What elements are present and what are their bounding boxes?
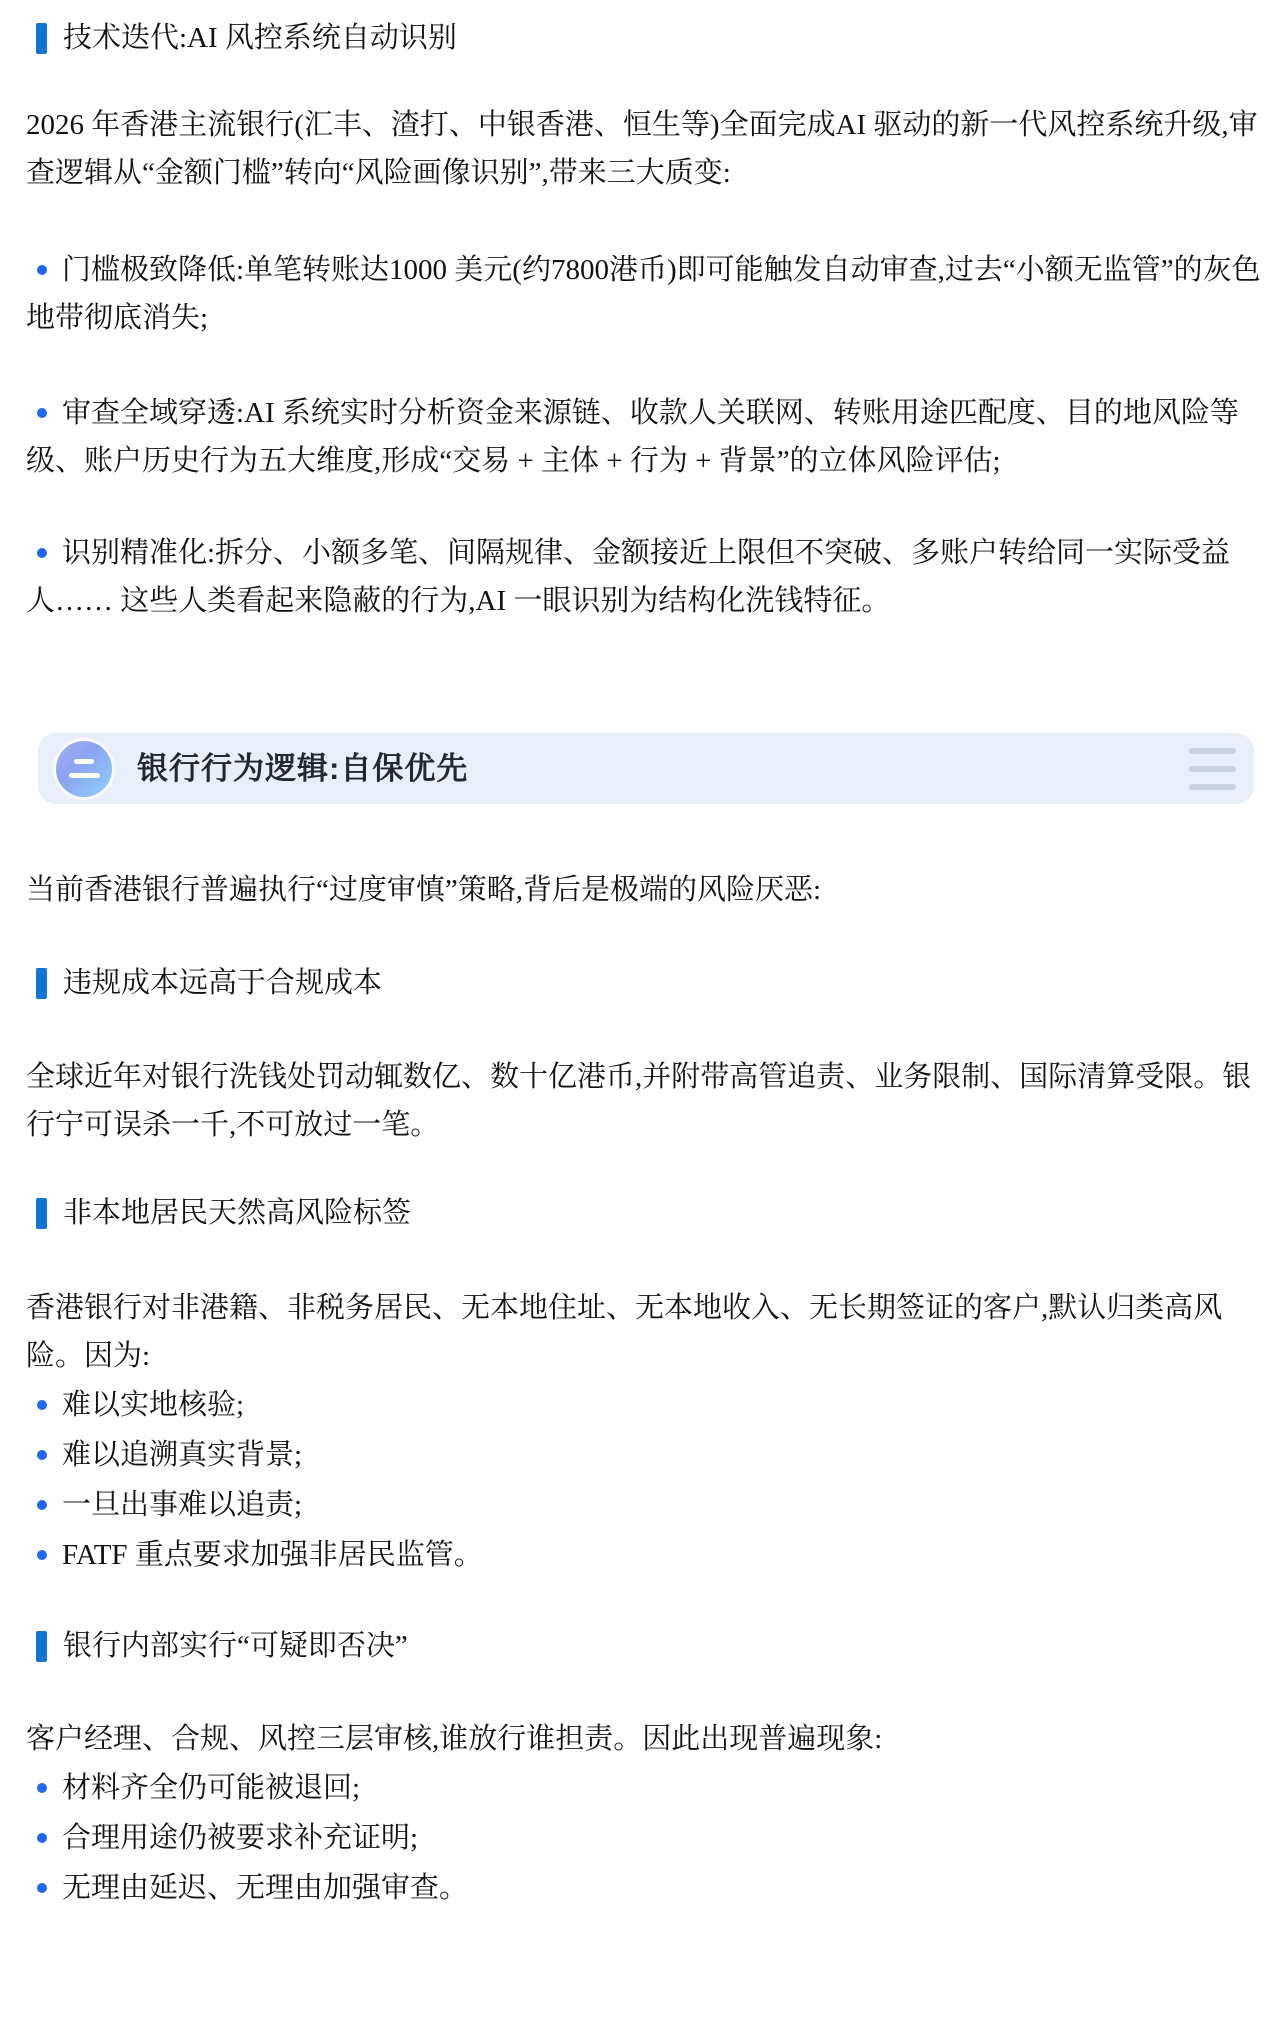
reasons-list: 难以实地核验; 难以追溯真实背景; 一旦出事难以追责; FATF 重点要求加强非… (26, 1380, 1262, 1580)
bullet-item-threshold: 门槛极致降低:单笔转账达1000 美元(约7800港币)即可能触发自动审查,过去… (26, 246, 1262, 342)
list-item-text: 一旦出事难以追责; (62, 1489, 302, 1521)
heading-text: 银行内部实行“可疑即否决” (63, 1630, 408, 1662)
bullet-dot-icon (37, 265, 47, 275)
heading-accent-bar-icon (36, 23, 47, 54)
paragraph-internal: 客户经理、合规、风控三层审核,谁放行谁担责。因此出现普遍现象: (26, 1715, 1262, 1763)
bullet-dot-icon (37, 1550, 47, 1560)
bullet-item-fullscope: 审查全域穿透:AI 系统实时分析资金来源链、收款人关联网、转账用途匹配度、目的地… (26, 389, 1262, 485)
list-item: 无理由延迟、无理由加强审查。 (26, 1863, 1262, 1913)
bullet-dot-icon (37, 1883, 47, 1893)
chinese-numeral-two-icon (74, 759, 94, 764)
list-item-text: 材料齐全仍可能被退回; (62, 1772, 360, 1804)
bullet-item-precision: 识别精准化:拆分、小额多笔、间隔规律、金额接近上限但不突破、多账户转给同一实际受… (26, 529, 1262, 625)
bullet-text: 审查全域穿透:AI 系统实时分析资金来源链、收款人关联网、转账用途匹配度、目的地… (26, 397, 1239, 477)
paragraph-intro: 2026 年香港主流银行(汇丰、渣打、中银香港、恒生等)全面完成AI 驱动的新一… (26, 101, 1262, 197)
list-item: 难以实地核验; (26, 1380, 1262, 1430)
phenomena-list: 材料齐全仍可能被退回; 合理用途仍被要求补充证明; 无理由延迟、无理由加强审查。 (26, 1763, 1262, 1913)
bullet-text: 识别精准化:拆分、小额多笔、间隔规律、金额接近上限但不突破、多账户转给同一实际受… (26, 537, 1230, 617)
heading-internal-policy: 银行内部实行“可疑即否决” (26, 1622, 1262, 1670)
section-header-pill: 银行行为逻辑:自保优先 (38, 733, 1254, 804)
heading-text: 非本地居民天然高风险标签 (63, 1197, 411, 1229)
chinese-numeral-two-icon (69, 773, 100, 778)
heading-text: 违规成本远高于合规成本 (63, 967, 382, 999)
heading-tech-iteration: 技术迭代:AI 风控系统自动识别 (26, 14, 1262, 62)
heading-accent-bar-icon (36, 1631, 47, 1662)
bullet-dot-icon (37, 548, 47, 558)
menu-icon[interactable] (1189, 748, 1236, 790)
paragraph-strategy: 当前香港银行普遍执行“过度审慎”策略,背后是极端的风险厌恶: (26, 866, 1262, 914)
list-item: FATF 重点要求加强非居民监管。 (26, 1530, 1262, 1580)
list-item-text: 难以追溯真实背景; (62, 1439, 302, 1471)
heading-text: 技术迭代:AI 风控系统自动识别 (63, 22, 457, 54)
bullet-dot-icon (37, 408, 47, 418)
bullet-dot-icon (37, 1783, 47, 1793)
list-item-text: 难以实地核验; (62, 1389, 244, 1421)
bullet-text: 门槛极致降低:单笔转账达1000 美元(约7800港币)即可能触发自动审查,过去… (26, 254, 1261, 334)
list-item-text: 无理由延迟、无理由加强审查。 (62, 1872, 468, 1904)
list-item: 一旦出事难以追责; (26, 1480, 1262, 1530)
heading-accent-bar-icon (36, 968, 47, 999)
paragraph-nonresident: 香港银行对非港籍、非税务居民、无本地住址、无本地收入、无长期签证的客户,默认归类… (26, 1284, 1262, 1380)
bullet-dot-icon (37, 1400, 47, 1410)
section-number-badge (53, 738, 115, 800)
bullet-dot-icon (37, 1833, 47, 1843)
bullet-dot-icon (37, 1450, 47, 1460)
heading-nonresident-risk: 非本地居民天然高风险标签 (26, 1189, 1262, 1237)
list-item: 材料齐全仍可能被退回; (26, 1763, 1262, 1813)
list-item-text: 合理用途仍被要求补充证明; (62, 1822, 418, 1854)
list-item-text: FATF 重点要求加强非居民监管。 (62, 1539, 483, 1571)
paragraph-cost: 全球近年对银行洗钱处罚动辄数亿、数十亿港币,并附带高管追责、业务限制、国际清算受… (26, 1053, 1262, 1149)
list-item: 难以追溯真实背景; (26, 1430, 1262, 1480)
article-body: 技术迭代:AI 风控系统自动识别 2026 年香港主流银行(汇丰、渣打、中银香港… (0, 0, 1288, 1913)
heading-violation-cost: 违规成本远高于合规成本 (26, 959, 1262, 1007)
list-item: 合理用途仍被要求补充证明; (26, 1813, 1262, 1863)
heading-accent-bar-icon (36, 1198, 47, 1229)
section-title: 银行行为逻辑:自保优先 (137, 745, 468, 793)
bullet-dot-icon (37, 1500, 47, 1510)
